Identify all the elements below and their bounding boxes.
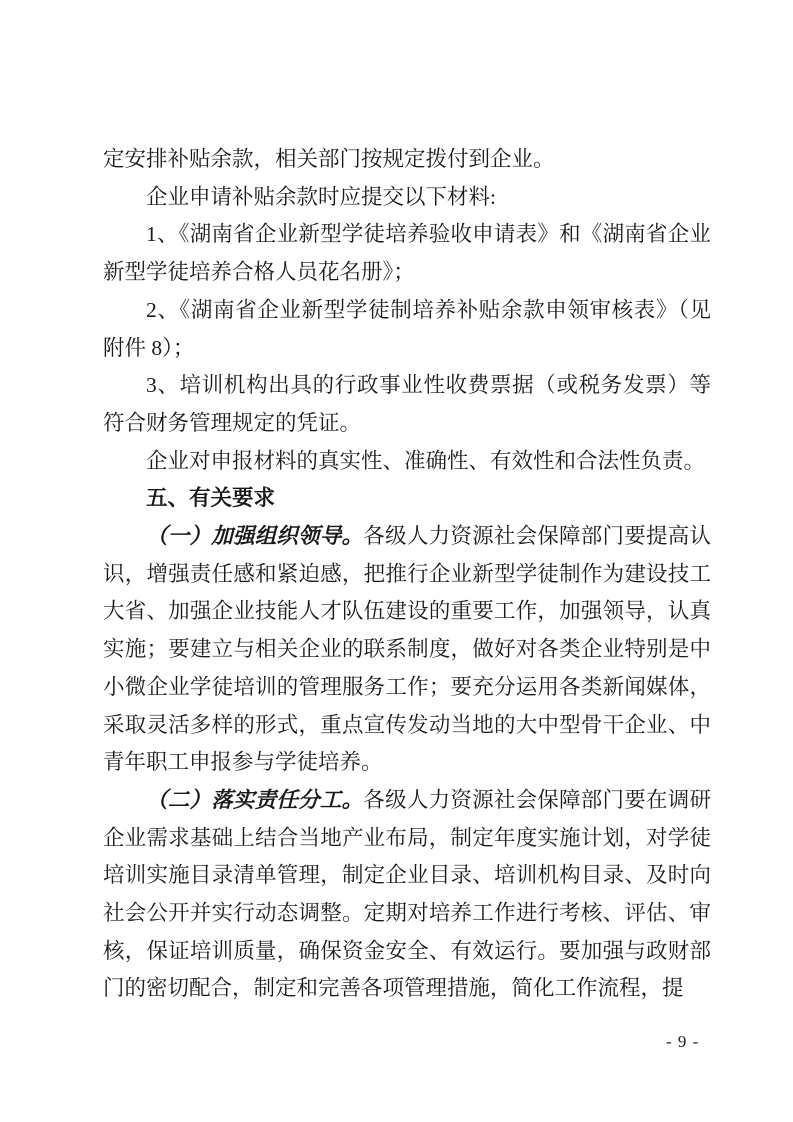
- paragraph-text: 1、《湖南省企业新型学徒培养验收申请表》和《湖南省企业新型学徒培养合格人员花名册…: [103, 222, 711, 284]
- paragraph-text: 企业申请补贴余款时应提交以下材料:: [146, 185, 496, 209]
- paragraph-text: 企业对申报材料的真实性、准确性、有效性和合法性负责。: [146, 449, 705, 473]
- paragraph: 2、《湖南省企业新型学徒制培养补贴余款申领审核表》（见附件 8）；: [103, 292, 711, 367]
- paragraph: 企业申请补贴余款时应提交以下材料:: [103, 179, 711, 217]
- paragraph-text: 各级人力资源社会保障部门要提高认识，增强责任感和紧迫感，把推行企业新型学徒制作为…: [103, 524, 711, 774]
- paragraph-lead: （二）落实责任分工。: [146, 788, 363, 812]
- page-number: - 9 -: [666, 1032, 699, 1052]
- paragraph-lead: （一）加强组织领导。: [146, 524, 363, 548]
- paragraph-text: 各级人力资源社会保障部门要在调研企业需求基础上结合当地产业布局，制定年度实施计划…: [103, 788, 711, 1001]
- paragraph: （二）落实责任分工。各级人力资源社会保障部门要在调研企业需求基础上结合当地产业布…: [103, 782, 711, 1008]
- paragraph-text: 3、培训机构出具的行政事业性收费票据（或税务发票）等符合财务管理规定的凭证。: [103, 373, 711, 435]
- paragraph: 定安排补贴余款，相关部门按规定拨付到企业。: [103, 141, 711, 179]
- paragraph: 3、培训机构出具的行政事业性收费票据（或税务发票）等符合财务管理规定的凭证。: [103, 367, 711, 442]
- paragraph: 1、《湖南省企业新型学徒培养验收申请表》和《湖南省企业新型学徒培养合格人员花名册…: [103, 216, 711, 291]
- paragraph-text: 2、《湖南省企业新型学徒制培养补贴余款申领审核表》（见附件 8）；: [103, 298, 711, 360]
- heading-text: 五、有关要求: [146, 486, 275, 511]
- paragraph-text: 定安排补贴余款，相关部门按规定拨付到企业。: [103, 147, 555, 171]
- document-body: 定安排补贴余款，相关部门按规定拨付到企业。企业申请补贴余款时应提交以下材料:1、…: [103, 141, 711, 1008]
- document-page: 定安排补贴余款，相关部门按规定拨付到企业。企业申请补贴余款时应提交以下材料:1、…: [0, 0, 793, 1122]
- section-heading: 五、有关要求: [103, 480, 711, 518]
- paragraph: 企业对申报材料的真实性、准确性、有效性和合法性负责。: [103, 443, 711, 481]
- paragraph: （一）加强组织领导。各级人力资源社会保障部门要提高认识，增强责任感和紧迫感，把推…: [103, 518, 711, 782]
